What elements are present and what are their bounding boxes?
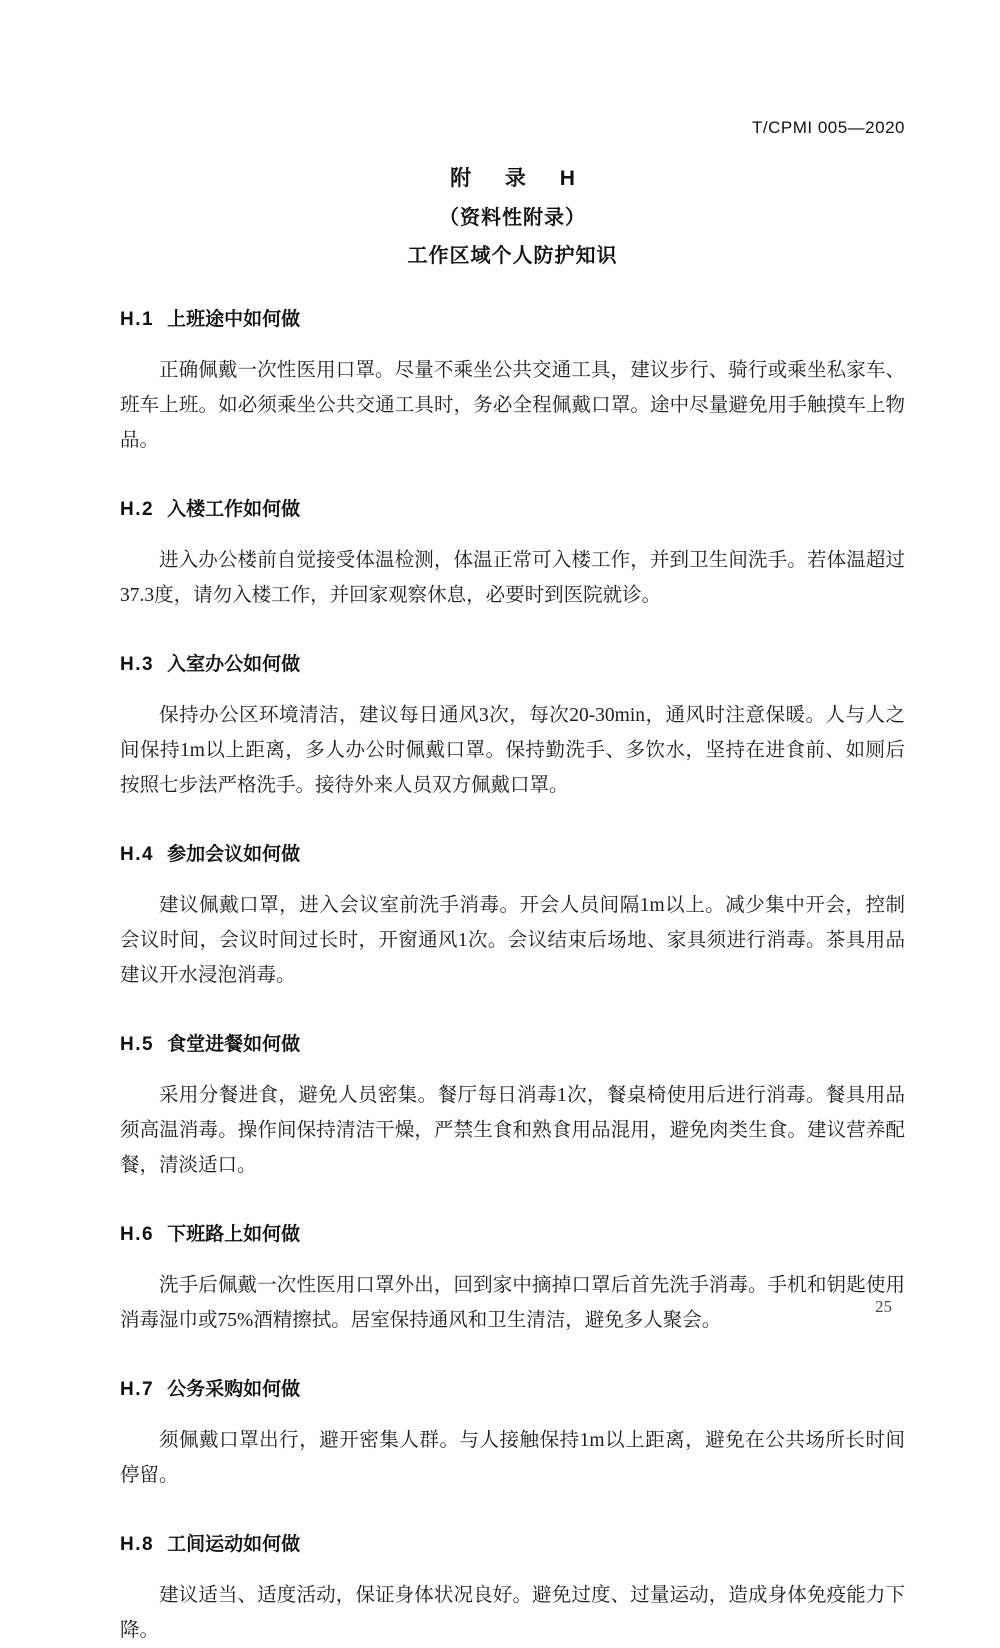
section-number: H.1 (120, 309, 154, 330)
document-page: T/CPMI 005—2020 附 录 H （资料性附录） 工作区域个人防护知识… (0, 0, 1000, 1648)
section-heading: H.4参加会议如何做 (120, 843, 905, 867)
standard-code: T/CPMI 005—2020 (120, 118, 905, 138)
section-title: 入室办公如何做 (167, 654, 300, 675)
section-h6: H.6下班路上如何做 洗手后佩戴一次性医用口罩外出，回到家中摘掉口罩后首先洗手消… (120, 1223, 905, 1338)
section-h7: H.7公务采购如何做 须佩戴口罩出行，避开密集人群。与人接触保持1m以上距离，避… (120, 1378, 905, 1493)
section-number: H.2 (120, 499, 154, 520)
section-h3: H.3入室办公如何做 保持办公区环境清洁，建议每日通风3次，每次20-30min… (120, 653, 905, 803)
section-heading: H.7公务采购如何做 (120, 1378, 905, 1402)
section-number: H.7 (120, 1379, 154, 1400)
section-paragraph: 进入办公楼前自觉接受体温检测，体温正常可入楼工作，并到卫生间洗手。若体温超过37… (120, 543, 905, 613)
section-heading: H.2入楼工作如何做 (120, 498, 905, 522)
section-heading: H.3入室办公如何做 (120, 653, 905, 677)
section-h5: H.5食堂进餐如何做 采用分餐进食，避免人员密集。餐厅每日消毒1次，餐桌椅使用后… (120, 1033, 905, 1183)
appendix-title-block: 附 录 H （资料性附录） 工作区域个人防护知识 (120, 162, 905, 268)
section-heading: H.6下班路上如何做 (120, 1223, 905, 1247)
section-paragraph: 建议佩戴口罩，进入会议室前洗手消毒。开会人员间隔1m以上。减少集中开会，控制会议… (120, 888, 905, 993)
section-title: 食堂进餐如何做 (167, 1034, 300, 1055)
section-paragraph: 正确佩戴一次性医用口罩。尽量不乘坐公共交通工具，建议步行、骑行或乘坐私家车、班车… (120, 353, 905, 458)
section-heading: H.1上班途中如何做 (120, 308, 905, 332)
section-paragraph: 保持办公区环境清洁，建议每日通风3次，每次20-30min，通风时注意保暖。人与… (120, 698, 905, 803)
section-number: H.4 (120, 844, 154, 865)
section-title: 公务采购如何做 (167, 1379, 300, 1400)
section-heading: H.8工间运动如何做 (120, 1533, 905, 1557)
appendix-type-note: （资料性附录） (120, 201, 905, 230)
section-h8: H.8工间运动如何做 建议适当、适度活动，保证身体状况良好。避免过度、过量运动，… (120, 1533, 905, 1648)
section-paragraph: 须佩戴口罩出行，避开密集人群。与人接触保持1m以上距离，避免在公共场所长时间停留… (120, 1423, 905, 1493)
section-paragraph: 洗手后佩戴一次性医用口罩外出，回到家中摘掉口罩后首先洗手消毒。手机和钥匙使用消毒… (120, 1268, 905, 1338)
section-title: 参加会议如何做 (167, 844, 300, 865)
section-title: 上班途中如何做 (167, 309, 300, 330)
section-title: 下班路上如何做 (167, 1224, 300, 1245)
section-number: H.3 (120, 654, 154, 675)
section-paragraph: 建议适当、适度活动，保证身体状况良好。避免过度、过量运动，造成身体免疫能力下降。 (120, 1578, 905, 1648)
section-number: H.6 (120, 1224, 154, 1245)
section-h1: H.1上班途中如何做 正确佩戴一次性医用口罩。尽量不乘坐公共交通工具，建议步行、… (120, 308, 905, 458)
section-title: 工间运动如何做 (167, 1534, 300, 1555)
section-number: H.8 (120, 1534, 154, 1555)
section-number: H.5 (120, 1034, 154, 1055)
section-h2: H.2入楼工作如何做 进入办公楼前自觉接受体温检测，体温正常可入楼工作，并到卫生… (120, 498, 905, 613)
section-title: 入楼工作如何做 (167, 499, 300, 520)
section-paragraph: 采用分餐进食，避免人员密集。餐厅每日消毒1次，餐桌椅使用后进行消毒。餐具用品须高… (120, 1078, 905, 1183)
appendix-subject: 工作区域个人防护知识 (120, 239, 905, 268)
appendix-title: 附 录 H (120, 162, 905, 192)
section-h4: H.4参加会议如何做 建议佩戴口罩，进入会议室前洗手消毒。开会人员间隔1m以上。… (120, 843, 905, 993)
page-number: 25 (875, 1297, 892, 1317)
section-heading: H.5食堂进餐如何做 (120, 1033, 905, 1057)
